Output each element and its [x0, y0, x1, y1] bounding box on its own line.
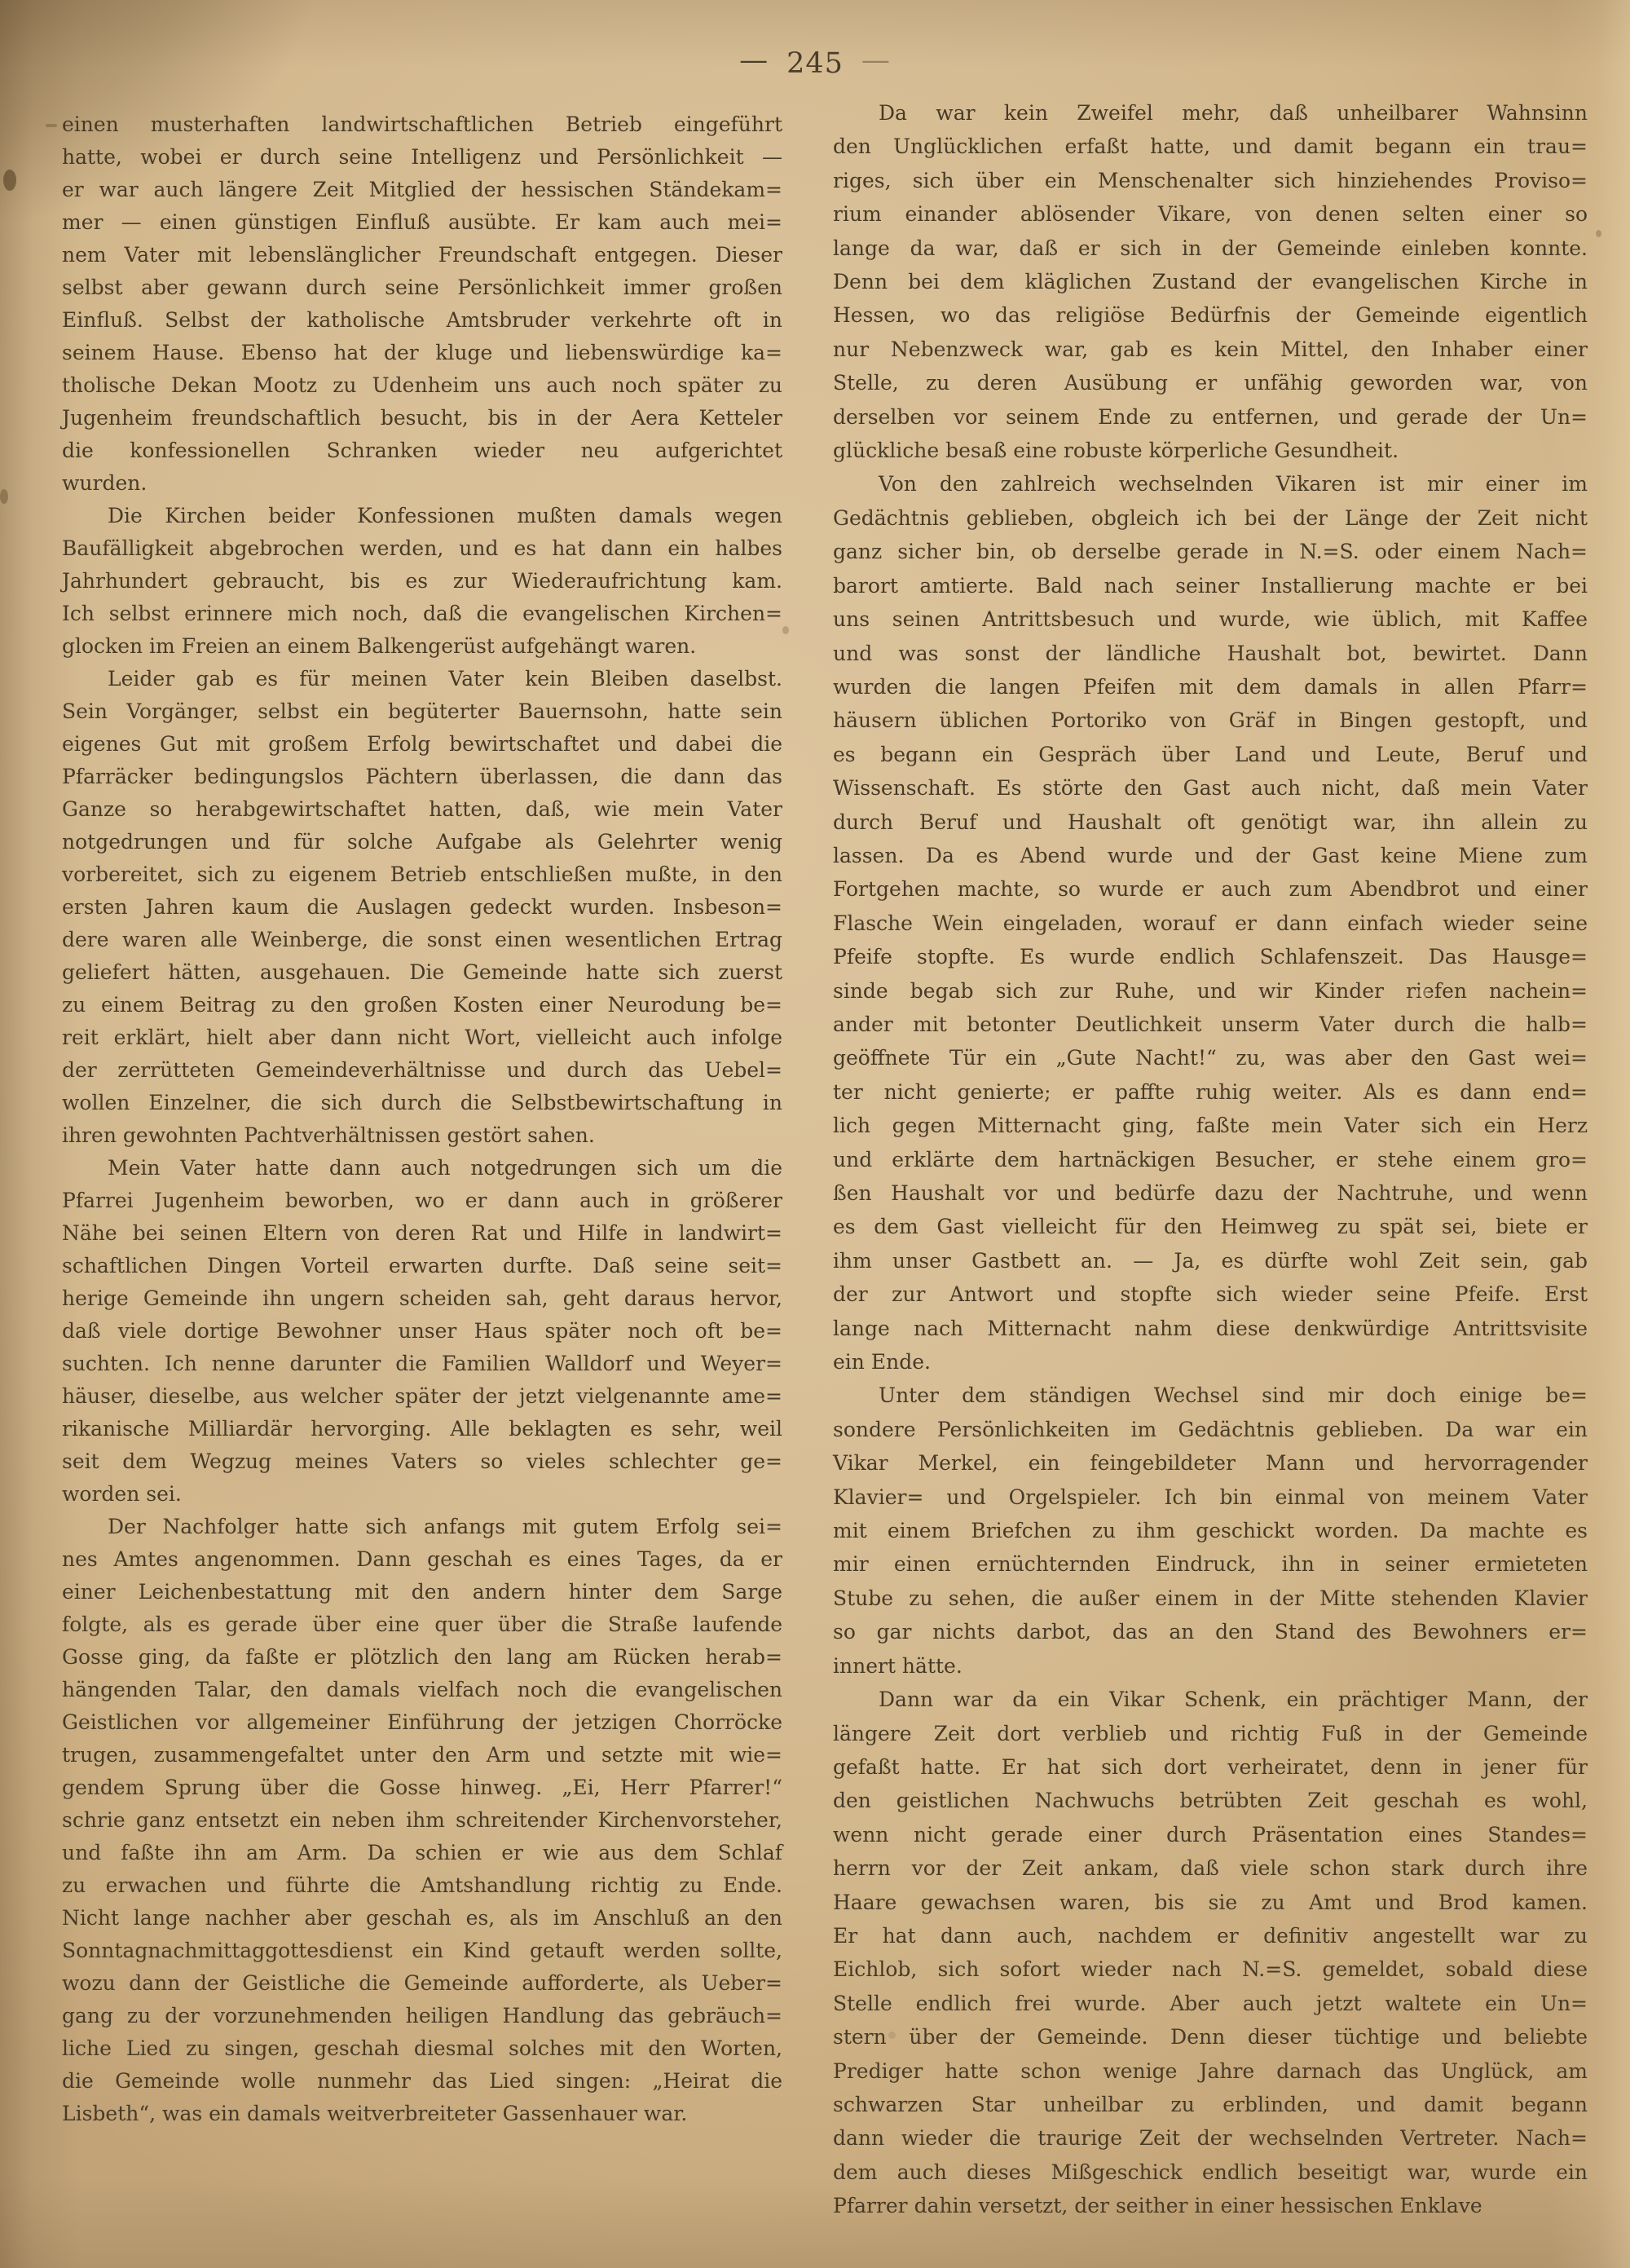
text-line: mer — einen günstigen Einfluß ausübte. E…: [62, 206, 782, 239]
text-line: Nähe bei seinen Eltern von deren Rat und…: [62, 1217, 782, 1250]
text-line: die Gemeinde wolle nunmehr das Lied sing…: [62, 2065, 782, 2098]
text-line: trugen, zusammengefaltet unter den Arm u…: [62, 1739, 782, 1772]
text-line: durch Beruf und Haushalt oft genötigt wa…: [833, 805, 1588, 839]
text-line: Prediger hatte schon wenige Jahre darnac…: [833, 2054, 1588, 2088]
text-line: dere waren alle Weinberge, die sonst ein…: [62, 924, 782, 956]
text-line: Gosse ging, da faßte er plötzlich den la…: [62, 1641, 782, 1674]
text-line: es dem Gast vielleicht für den Heimweg z…: [833, 1210, 1588, 1243]
text-line: Denn bei dem kläglichen Zustand der evan…: [833, 265, 1588, 298]
text-line: rikanische Milliardär hervorging. Alle b…: [62, 1413, 782, 1445]
text-line: lange da war, daß er sich in der Gemeind…: [833, 232, 1588, 265]
text-line: reit erklärt, hielt aber dann nicht Wort…: [62, 1021, 782, 1054]
text-line: lassen. Da es Abend wurde und der Gast k…: [833, 839, 1588, 872]
text-line: die konfessionellen Schranken wieder neu…: [62, 435, 782, 467]
text-line: wurden.: [62, 467, 782, 500]
text-line: Mein Vater hatte dann auch notgedrungen …: [62, 1152, 782, 1185]
text-line: seinem Hause. Ebenso hat der kluge und l…: [62, 337, 782, 369]
text-line: ter nicht genierte; er paffte ruhig weit…: [833, 1075, 1588, 1109]
text-line: Sein Vorgänger, selbst ein begüterter Ba…: [62, 695, 782, 728]
text-line: Eichlob, sich sofort wieder nach N.=S. g…: [833, 1953, 1588, 1986]
text-line: längere Zeit dort verblieb und richtig F…: [833, 1717, 1588, 1750]
paper-speck: [782, 626, 789, 634]
text-line: Sonntagnachmittaggottesdienst ein Kind g…: [62, 1935, 782, 1967]
text-line: Baufälligkeit abgebrochen werden, und es…: [62, 532, 782, 565]
text-line: Jugenheim freundschaftlich besucht, bis …: [62, 402, 782, 435]
text-line: geöffnete Tür ein „Gute Nacht!“ zu, was …: [833, 1041, 1588, 1074]
text-line: Klavier= und Orgelspieler. Ich bin einma…: [833, 1480, 1588, 1514]
text-line: gefaßt hatte. Er hat sich dort verheirat…: [833, 1750, 1588, 1784]
header-right-dash: —: [861, 44, 891, 77]
text-line: ander mit betonter Deutlichkeit unserm V…: [833, 1008, 1588, 1041]
text-line: riges, sich über ein Menschenalter sich …: [833, 164, 1588, 197]
text-line: vorbereitet, sich zu eigenem Betrieb ent…: [62, 858, 782, 891]
text-line: Hessen, wo das religiöse Bedürfnis der G…: [833, 298, 1588, 332]
text-line: ihren gewohnten Pachtverhältnissen gestö…: [62, 1119, 782, 1152]
text-line: zu einem Beitrag zu den großen Kosten ei…: [62, 989, 782, 1021]
text-line: nem Vater mit lebenslänglicher Freundsch…: [62, 239, 782, 271]
text-line: daß viele dortige Bewohner unser Haus sp…: [62, 1315, 782, 1348]
text-line: und faßte ihn am Arm. Da schien er wie a…: [62, 1837, 782, 1869]
text-line: herrn vor der Zeit ankam, daß viele scho…: [833, 1851, 1588, 1885]
text-line: Da war kein Zweifel mehr, daß unheilbare…: [833, 96, 1588, 130]
text-line: Einfluß. Selbst der katholische Amtsbrud…: [62, 304, 782, 337]
text-line: schrie ganz entsetzt ein neben ihm schre…: [62, 1804, 782, 1837]
page-number: 245: [786, 47, 844, 80]
text-line: rium einander ablösender Vikare, von den…: [833, 197, 1588, 231]
text-line: eigenes Gut mit großem Erfolg bewirtscha…: [62, 728, 782, 761]
text-line: Pfarrer dahin versetzt, der seither in e…: [833, 2189, 1588, 2222]
text-line: Wissenschaft. Es störte den Gast auch ni…: [833, 771, 1588, 805]
text-line: wozu dann der Geistliche die Gemeinde au…: [62, 1967, 782, 2000]
text-line: geliefert hätten, ausgehauen. Die Gemein…: [62, 956, 782, 989]
text-line: ganz sicher bin, ob derselbe gerade in N…: [833, 535, 1588, 568]
text-line: dem auch dieses Mißgeschick endlich bese…: [833, 2155, 1588, 2189]
text-line: Nicht lange nachher aber geschah es, als…: [62, 1902, 782, 1935]
text-line: mit einem Briefchen zu ihm geschickt wor…: [833, 1514, 1588, 1547]
text-line: Lisbeth“, was ein damals weitverbreitete…: [62, 2098, 782, 2130]
text-line: Ich selbst erinnere mich noch, daß die e…: [62, 598, 782, 630]
text-line: barort amtierte. Bald nach seiner Instal…: [833, 569, 1588, 602]
text-line: stern über der Gemeinde. Denn dieser tüc…: [833, 2020, 1588, 2054]
text-line: Die Kirchen beider Konfessionen mußten d…: [62, 500, 782, 532]
text-line: so gar nichts darbot, das an den Stand d…: [833, 1615, 1588, 1648]
text-line: nes Amtes angenommen. Dann geschah es ei…: [62, 1543, 782, 1576]
text-line: sondere Persönlichkeiten im Gedächtnis g…: [833, 1413, 1588, 1446]
text-line: sinde begab sich zur Ruhe, und wir Kinde…: [833, 974, 1588, 1008]
text-line: worden sei.: [62, 1478, 782, 1511]
text-line: Vikar Merkel, ein feingebildeter Mann un…: [833, 1446, 1588, 1480]
text-line: er war auch längere Zeit Mitglied der he…: [62, 174, 782, 206]
text-line: folgte, als es gerade über eine quer übe…: [62, 1608, 782, 1641]
text-line: tholische Dekan Mootz zu Udenheim uns au…: [62, 369, 782, 402]
text-line: häuser, dieselbe, aus welcher später der…: [62, 1380, 782, 1413]
text-line: liche Lied zu singen, geschah diesmal so…: [62, 2032, 782, 2065]
text-line: Stube zu sehen, die außer einem in der M…: [833, 1582, 1588, 1615]
text-line: ßen Haushalt vor und bedürfe dazu der Na…: [833, 1176, 1588, 1210]
book-page: —245— einen musterhaften landwirtschaftl…: [0, 0, 1630, 2268]
text-line: Pfeife stopfte. Es wurde endlich Schlafe…: [833, 940, 1588, 973]
text-line: nur Nebenzweck war, gab es kein Mittel, …: [833, 333, 1588, 366]
text-line: Unter dem ständigen Wechsel sind mir doc…: [833, 1379, 1588, 1412]
text-line: Stelle, zu deren Ausübung er unfähig gew…: [833, 366, 1588, 399]
text-line: notgedrungen und für solche Aufgabe als …: [62, 826, 782, 858]
text-line: Fortgehen machte, so wurde er auch zum A…: [833, 872, 1588, 906]
text-line: Geistlichen vor allgemeiner Einführung d…: [62, 1706, 782, 1739]
text-line: lange nach Mitternacht nahm diese denkwü…: [833, 1312, 1588, 1345]
text-line: lich gegen Mitternacht ging, faßte mein …: [833, 1109, 1588, 1142]
text-line: Leider gab es für meinen Vater kein Blei…: [62, 663, 782, 695]
text-line: ein Ende.: [833, 1345, 1588, 1379]
text-line: suchten. Ich nenne darunter die Familien…: [62, 1348, 782, 1380]
text-line: hängenden Talar, den damals vielfach noc…: [62, 1674, 782, 1706]
text-line: Flasche Wein eingeladen, worauf er dann …: [833, 907, 1588, 940]
text-line: einer Leichenbestattung mit den andern h…: [62, 1576, 782, 1608]
text-line: und was sonst der ländliche Haushalt bot…: [833, 637, 1588, 670]
text-line: der zerrütteten Gemeindeverhältnisse und…: [62, 1054, 782, 1087]
header-left-dash: —: [739, 44, 769, 77]
text-line: und erklärte dem hartnäckigen Besucher, …: [833, 1143, 1588, 1176]
paper-speck: [1596, 230, 1601, 237]
text-column-left: einen musterhaften landwirtschaftlichen …: [62, 108, 782, 2130]
text-line: derselben vor seinem Ende zu entfernen, …: [833, 400, 1588, 434]
text-line: mir einen ernüchternden Eindruck, ihn in…: [833, 1547, 1588, 1581]
text-line: Er hat dann auch, nachdem er definitiv a…: [833, 1919, 1588, 1953]
text-line: Pfarräcker bedingungslos Pächtern überla…: [62, 761, 782, 793]
page-header: —245—: [0, 47, 1630, 80]
text-line: herige Gemeinde ihn ungern scheiden sah,…: [62, 1282, 782, 1315]
text-line: Von den zahlreich wechselnden Vikaren is…: [833, 467, 1588, 501]
text-line: uns seinen Antrittsbesuch und wurde, wie…: [833, 602, 1588, 636]
text-line: seit dem Wegzug meines Vaters so vieles …: [62, 1445, 782, 1478]
text-line: selbst aber gewann durch seine Persönlic…: [62, 271, 782, 304]
text-line: einen musterhaften landwirtschaftlichen …: [62, 108, 782, 141]
text-line: zu erwachen und führte die Amtshandlung …: [62, 1869, 782, 1902]
text-line: schaftlichen Dingen Vorteil erwarten dur…: [62, 1250, 782, 1282]
text-line: den geistlichen Nachwuchs betrübten Zeit…: [833, 1784, 1588, 1817]
text-line: Gedächtnis geblieben, obgleich ich bei d…: [833, 501, 1588, 535]
text-line: Jahrhundert gebraucht, bis es zur Wieder…: [62, 565, 782, 598]
text-line: Stelle endlich frei wurde. Aber auch jet…: [833, 1987, 1588, 2020]
text-line: ersten Jahren kaum die Auslagen gedeckt …: [62, 891, 782, 924]
paper-speck: [3, 170, 16, 191]
text-line: Der Nachfolger hatte sich anfangs mit gu…: [62, 1511, 782, 1543]
paper-speck: [46, 124, 57, 127]
paper-speck: [0, 489, 8, 504]
text-line: ihm unser Gastbett an. — Ja, es dürfte w…: [833, 1244, 1588, 1277]
text-line: Ganze so herabgewirtschaftet hatten, daß…: [62, 793, 782, 826]
text-line: Haare gewachsen waren, bis sie zu Amt un…: [833, 1886, 1588, 1919]
text-line: Pfarrei Jugenheim beworben, wo er dann a…: [62, 1185, 782, 1217]
text-line: Dann war da ein Vikar Schenk, ein prächt…: [833, 1683, 1588, 1716]
text-line: hatte, wobei er durch seine Intelligenz …: [62, 141, 782, 174]
text-line: schwarzen Star unheilbar zu erblinden, u…: [833, 2088, 1588, 2121]
text-line: glückliche besaß eine robuste körperlich…: [833, 434, 1588, 467]
text-line: es begann ein Gespräch über Land und Leu…: [833, 738, 1588, 771]
text-line: wollen Einzelner, die sich durch die Sel…: [62, 1087, 782, 1119]
text-line: glocken im Freien an einem Balkengerüst …: [62, 630, 782, 663]
text-line: der zur Antwort und stopfte sich wieder …: [833, 1277, 1588, 1311]
text-line: dann wieder die traurige Zeit der wechse…: [833, 2121, 1588, 2155]
text-line: gang zu der vorzunehmenden heiligen Hand…: [62, 2000, 782, 2032]
text-line: häusern üblichen Portoriko von Gräf in B…: [833, 704, 1588, 737]
text-line: innert hätte.: [833, 1649, 1588, 1683]
text-column-right: Da war kein Zweifel mehr, daß unheilbare…: [833, 96, 1588, 2223]
text-line: wurden die langen Pfeifen mit dem damals…: [833, 670, 1588, 704]
text-line: den Unglücklichen erfaßt hatte, und dami…: [833, 130, 1588, 163]
text-line: gendem Sprung über die Gosse hinweg. „Ei…: [62, 1772, 782, 1804]
text-line: wenn nicht gerade einer durch Präsentati…: [833, 1818, 1588, 1851]
